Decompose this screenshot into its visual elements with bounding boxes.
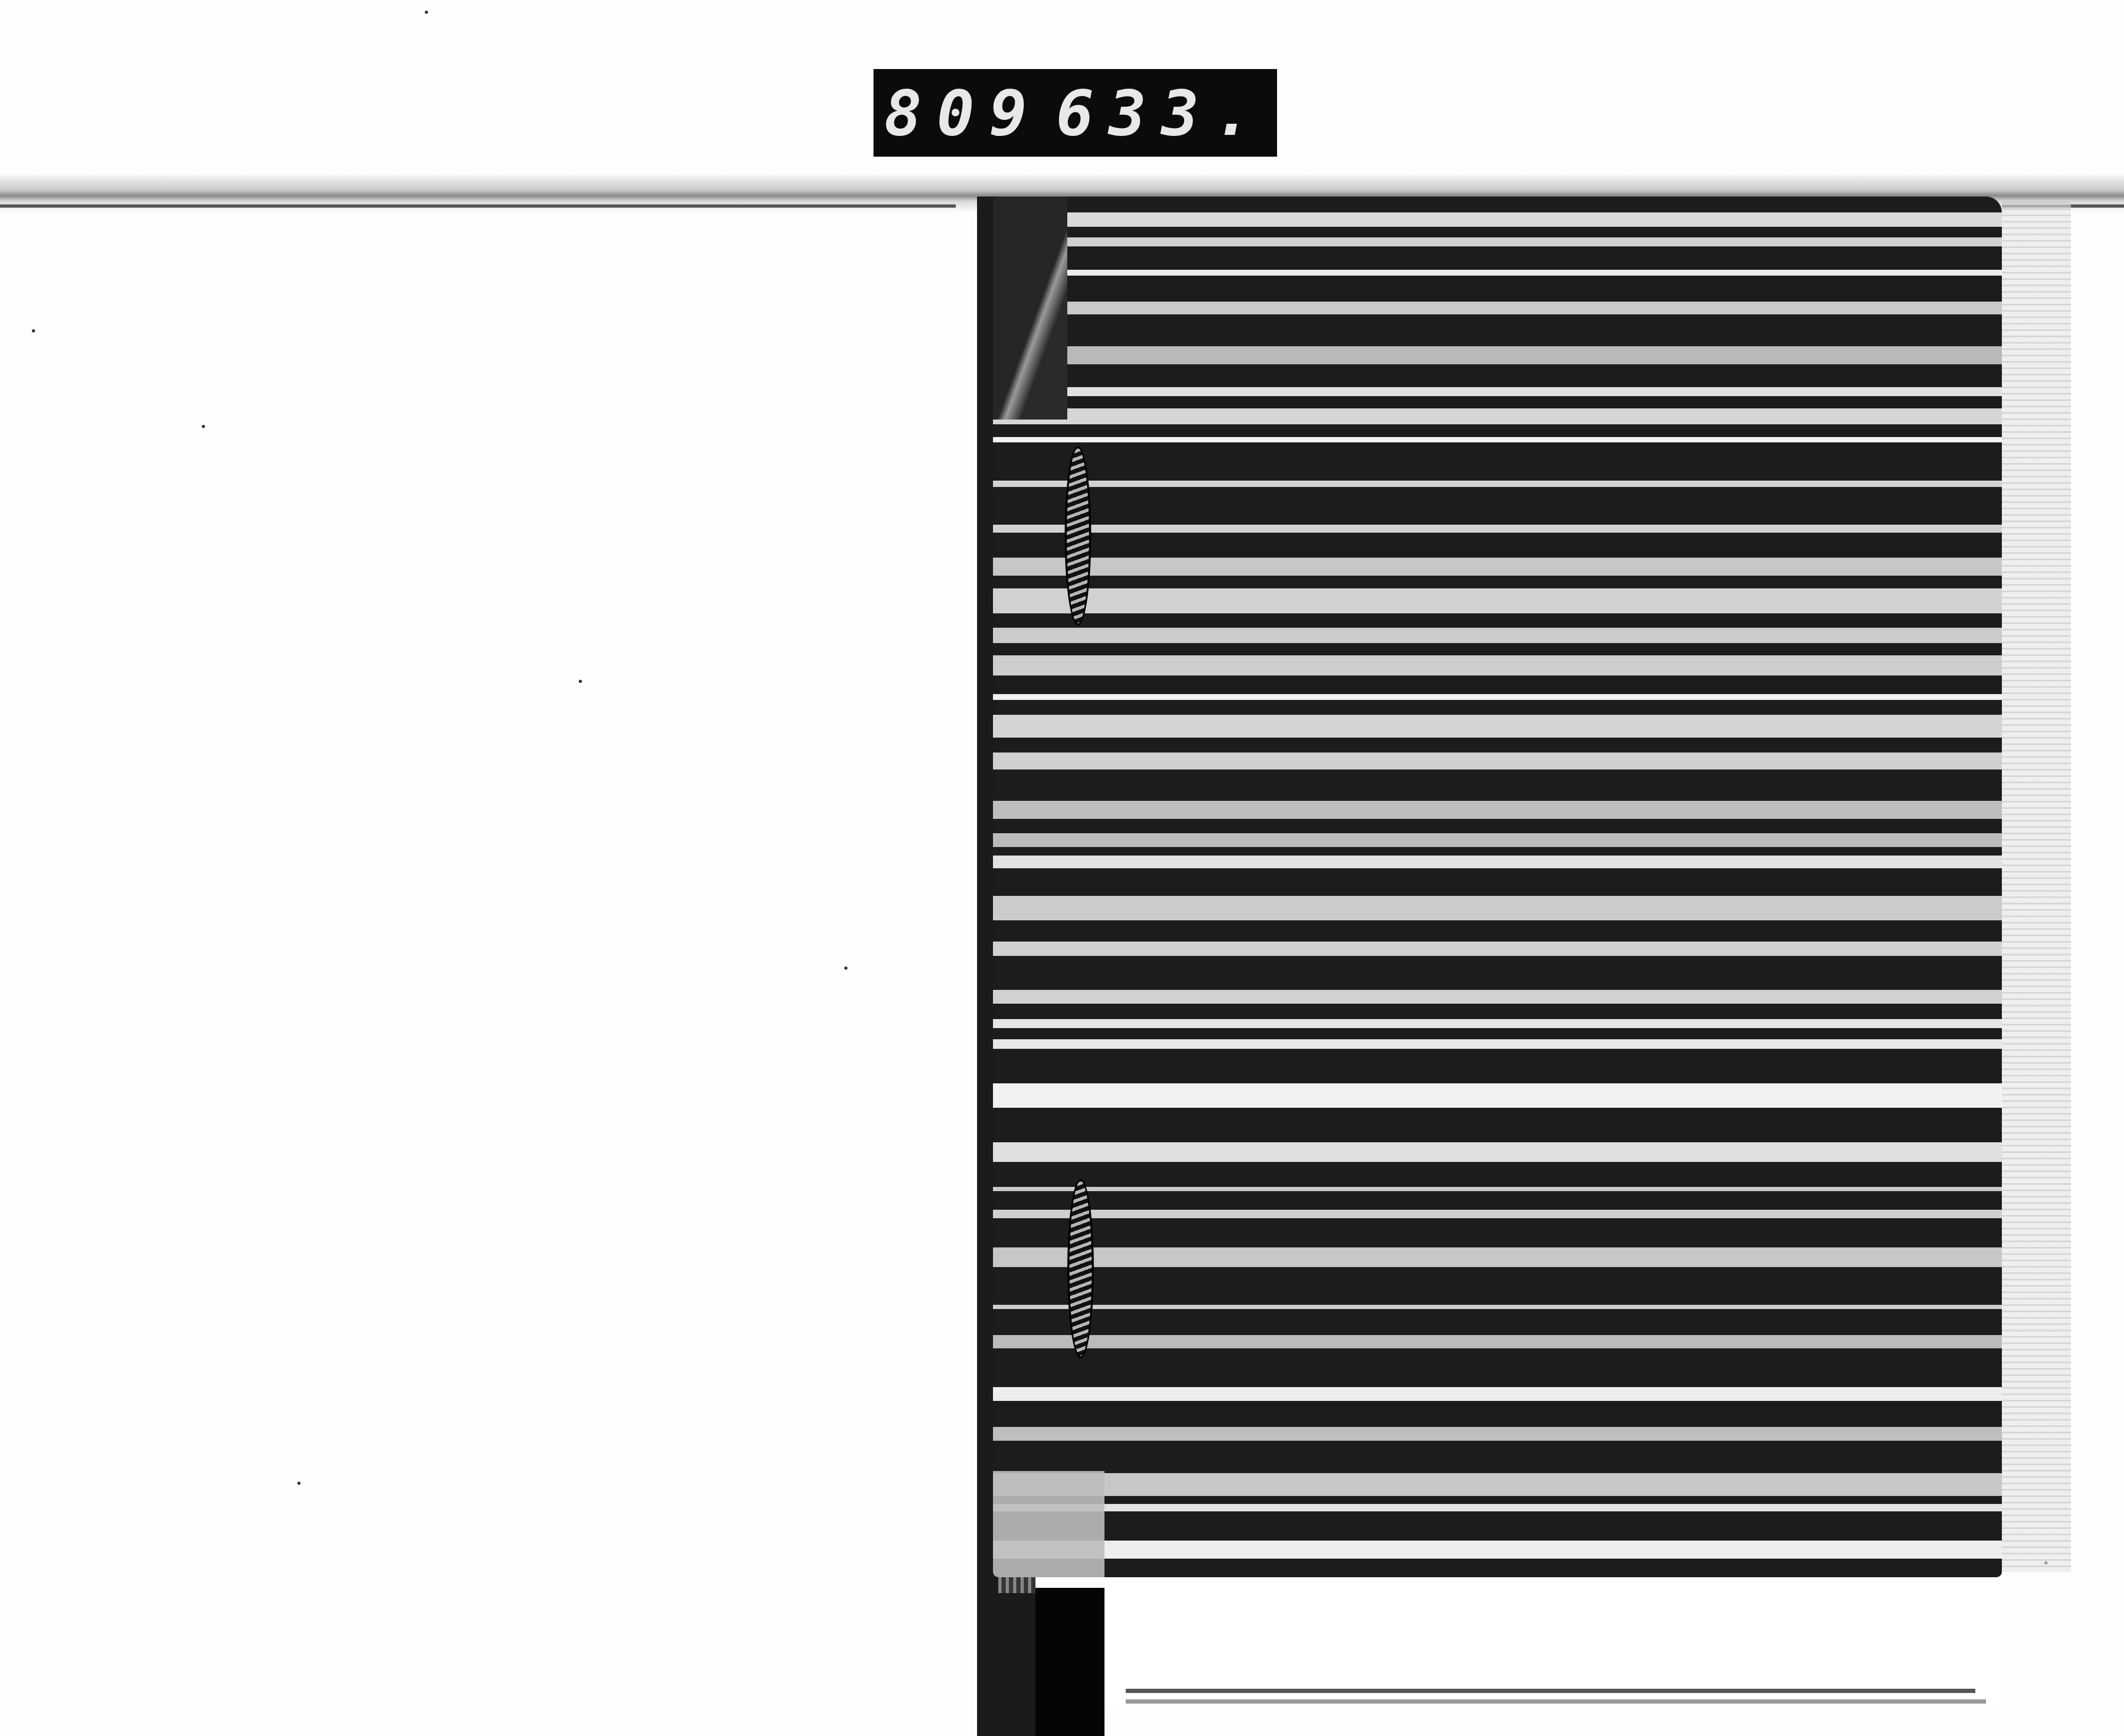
cover-stripe	[993, 212, 2002, 227]
cover-stripe	[993, 1210, 2002, 1218]
cover-stripe	[993, 481, 2002, 487]
cover-corner-wear	[993, 1471, 1104, 1577]
cover-stripe	[993, 558, 2002, 576]
reel-label: 809 633.	[873, 69, 1277, 157]
cover-stripe	[993, 302, 2002, 314]
cover-stripe	[993, 1039, 2002, 1049]
cover-stripe	[993, 1541, 2002, 1559]
cover-stripe	[993, 1019, 2002, 1028]
page-edge-line	[1126, 1699, 1986, 1704]
cover-stripe	[993, 1335, 2002, 1348]
cover-stripe	[993, 694, 2002, 700]
reel-number-right: 633.	[1056, 76, 1266, 150]
cover-shadow	[2002, 202, 2071, 1572]
cover-stripe	[993, 655, 2002, 675]
cover-stripe	[993, 437, 2002, 442]
cover-stripe	[993, 1247, 2002, 1267]
cover-stripe	[993, 1473, 2002, 1496]
cover-stripe	[993, 856, 2002, 868]
page-block-edge	[1104, 1580, 2007, 1707]
page-edge-line	[1126, 1689, 1975, 1693]
cover-stripe	[993, 715, 2002, 738]
scan-speck	[32, 329, 35, 332]
cover-stripe	[993, 942, 2002, 956]
cover-stripe	[993, 346, 2002, 364]
cover-stripe	[993, 387, 2002, 396]
cover-stripe	[993, 1142, 2002, 1162]
scan-speck	[844, 967, 847, 970]
cover-stripe	[993, 1504, 2002, 1511]
cord-tie-bottom	[1067, 1179, 1094, 1358]
cover-stripe	[993, 1427, 2002, 1441]
reel-number-left: 809	[884, 76, 1042, 150]
cover-stripe	[993, 990, 2002, 1004]
cover-stripe	[993, 525, 2002, 533]
cover-stripe	[993, 1187, 2002, 1191]
scan-speck	[579, 680, 582, 683]
cover-stripe	[993, 1305, 2002, 1309]
cover-stripe	[993, 408, 2002, 424]
spine-base	[1035, 1588, 1104, 1736]
film-edge-line	[0, 204, 956, 208]
scan-speck	[425, 11, 428, 14]
scan-speck	[202, 425, 205, 428]
cover-stripe	[993, 1083, 2002, 1108]
cover-stripe	[993, 628, 2002, 643]
cover-stripe	[993, 270, 2002, 276]
cover-stripe	[993, 1387, 2002, 1401]
cover-stripe	[993, 833, 2002, 847]
scan-speck	[297, 1482, 301, 1485]
cover-corner-fold	[993, 196, 1067, 420]
cover-stripe	[993, 752, 2002, 769]
cord-tie-top	[1065, 446, 1091, 626]
striped-cover	[993, 196, 2002, 1577]
cover-stripe	[993, 896, 2002, 920]
cover-stripe	[993, 588, 2002, 613]
cover-stripe	[993, 237, 2002, 246]
cover-stripe	[993, 801, 2002, 819]
